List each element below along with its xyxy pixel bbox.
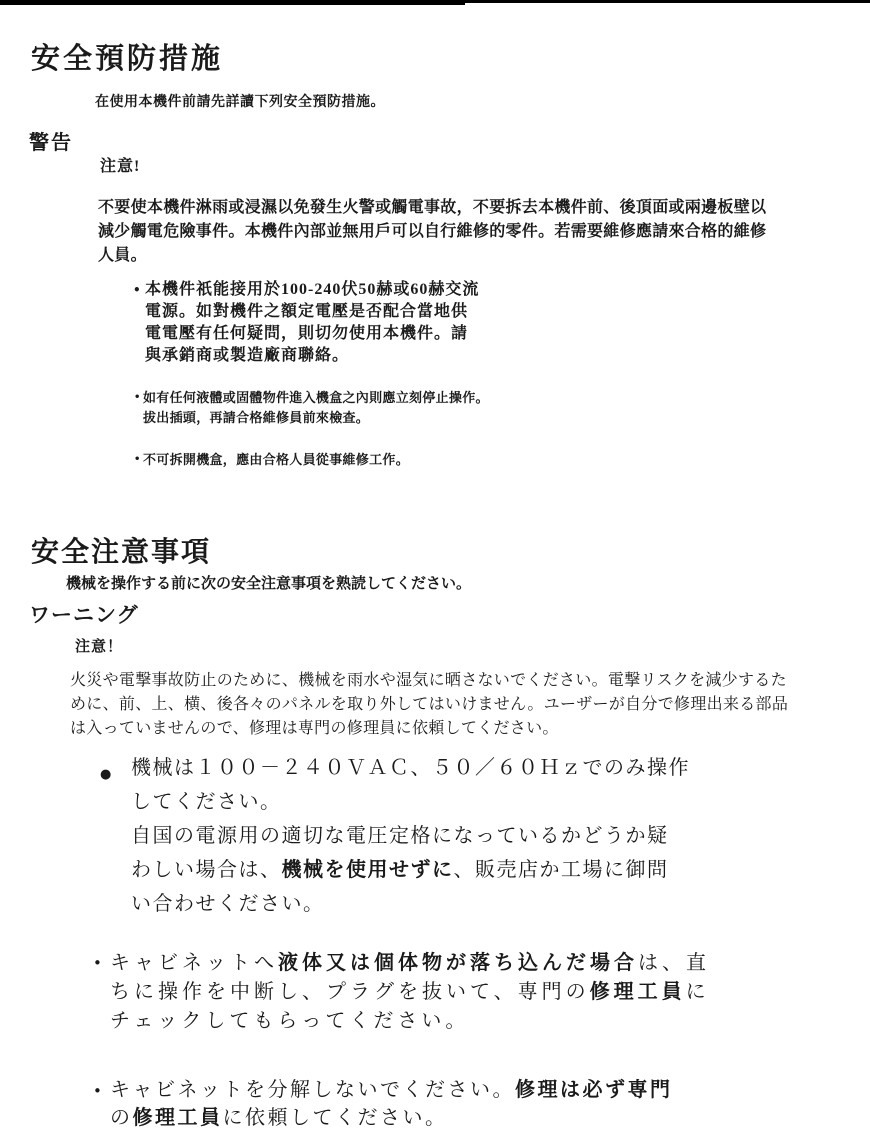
ja-bullet1-line: 自国の電源用の適切な電圧定格になっているかどうか疑 [131,824,669,849]
ja-paragraph-line: めに、前、上、横、後各々のパネルを取り外してはいけません。ユーザーが自分で修理出… [70,695,788,715]
zh-intro-text: 在使用本機件前請先詳讀下列安全預防措施。 [95,94,385,112]
ja-section-title: 安全注意事項 [31,535,211,570]
bullet-icon: • [93,1082,102,1101]
text-segment: わしい場合は、 [131,859,282,881]
ja-bullet1-line: い合わせください。 [131,892,325,917]
zh-section-title: 安全預防措施 [31,41,223,77]
text-segment: の [110,1107,133,1129]
ja-bullet1-line: わしい場合は、機械を使用せずに、販売店か工場に御問 [131,858,669,883]
ja-paragraph-line: は入っていませんので、修理は専門の修理員に依頼してください。 [70,719,559,739]
ja-bullet1-line: 機械は１００－２４０ＶＡＣ、５０／６０Ｈｚでのみ操作 [131,756,690,781]
text-segment: ちに操作を中断し、プラグを抜いて、専門の [110,981,590,1003]
bullet-icon: ● [100,767,111,783]
zh-bullet1-line: 本機件祇能接用於100-240伏50赫或60赫交流 [145,280,479,300]
text-segment: キャビネットを分解しないでください。 [110,1079,515,1101]
bullet-icon: • [133,283,141,298]
ja-warning-label: ワーニング [29,602,139,628]
text-segment-bold: 修理工員 [590,981,686,1003]
bullet-icon: • [134,392,140,405]
zh-paragraph-line: 不要使本機件淋雨或浸濕以免發生火警或觸電事故，不要拆去本機件前、後頂面或兩邊板壁… [98,198,766,218]
page-top-rule-left [0,0,465,5]
text-segment: に [686,981,710,1003]
text-segment-bold: 修理は必ず専門 [515,1079,673,1101]
ja-bullet2-line: チェックしてもらってください。 [110,1009,469,1034]
text-segment-bold: 修理工員 [133,1107,223,1129]
ja-bullet2-line: ちに操作を中断し、プラグを抜いて、専門の修理工員に [110,980,710,1005]
zh-bullet2-line: 拔出插頭，再請合格維修員前來檢查。 [143,410,369,426]
document-page: 安全預防措施 在使用本機件前請先詳讀下列安全預防措施。 警告 注意! 不要使本機… [0,0,870,1140]
zh-bullet2-line: 如有任何液體或固體物件進入機盒之內則應立刻停止操作。 [143,390,489,406]
ja-paragraph-line: 火災や電撃事故防止のために、機械を雨水や湿気に晒さないでください。電撃リスクを減… [70,671,787,691]
zh-bullet1-line: 電源。如對機件之額定電壓是否配合當地供 [145,302,468,322]
ja-bullet2-line: キャビネットへ液体又は個体物が落ち込んだ場合は、直 [110,951,710,976]
text-segment-bold: 機械を使用せずに [282,859,454,881]
text-segment: 、販売店か工場に御問 [454,859,669,881]
zh-bullet1-line: 與承銷商或製造廠商聯絡。 [145,346,349,366]
zh-bullet1-line: 電電壓有任何疑問，則切勿使用本機件。請 [145,324,468,344]
ja-bullet3-line: の修理工員に依頼してください。 [110,1106,448,1131]
text-segment-bold: 液体又は個体物が落ち込んだ場合 [278,952,638,974]
ja-bullet1-line: してください。 [131,790,282,815]
ja-caution-label: 注意！ [75,638,123,657]
text-segment: は、直 [638,952,710,974]
bullet-icon: • [93,954,102,973]
zh-paragraph-line: 人員。 [98,246,147,266]
zh-paragraph-line: 減少觸電危險事件。本機件內部並無用戶可以自行維修的零件。若需要維修應請來合格的維… [98,222,766,242]
ja-bullet3-line: キャビネットを分解しないでください。修理は必ず専門 [110,1078,673,1103]
text-segment: キャビネットへ [110,952,278,974]
bullet-icon: • [134,454,140,467]
zh-caution-label: 注意! [100,157,140,177]
zh-bullet3-line: 不可拆開機盒，應由合格人員從事維修工作。 [143,452,409,468]
ja-intro-text: 機械を操作する前に次の安全注意事項を熟読してください。 [66,575,471,594]
zh-warning-label: 警告 [29,131,73,156]
text-segment: に依頼してください。 [223,1107,448,1129]
